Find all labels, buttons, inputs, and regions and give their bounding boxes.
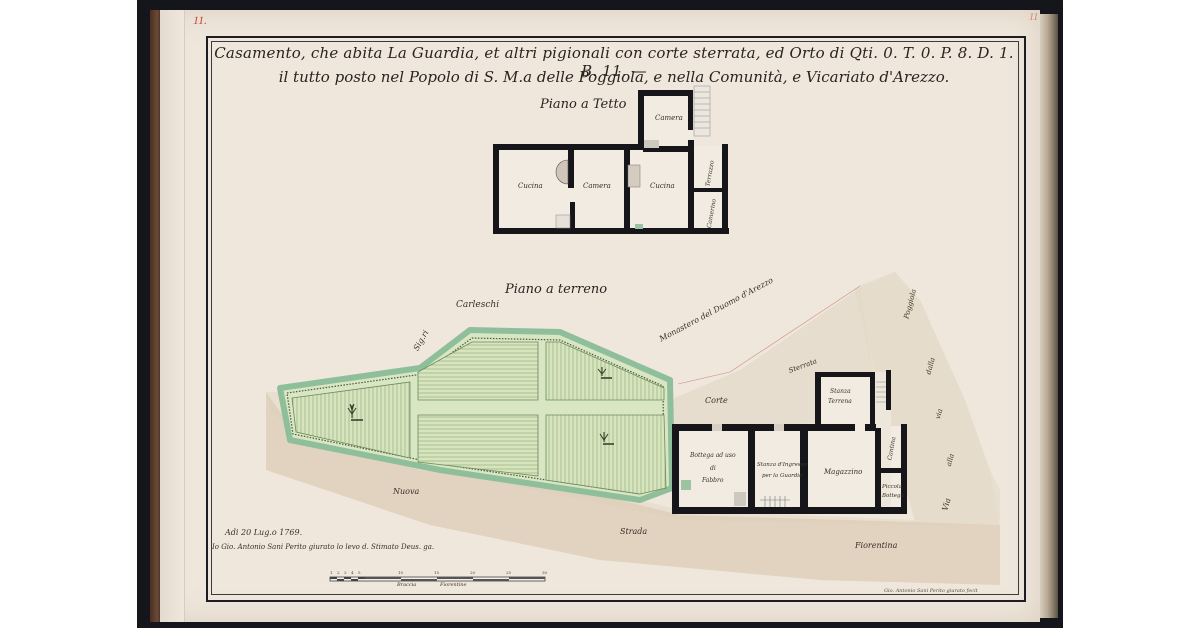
room-label: Camera [655,114,683,122]
scale-tick: 2 [337,570,340,575]
room-label: Fabbro [702,477,724,484]
room-label: Piccola [882,484,902,490]
room-label: Stanza [830,388,851,395]
scale-ticks: 1 2 3 4 5 10 15 20 25 30 [328,570,550,576]
signature-note: Io Gio. Antonio Sani Perito giurato lo l… [212,543,434,551]
room-label: Magazzino [824,468,862,476]
plan-drawing [0,0,1200,628]
fireplace-icon [628,165,640,187]
scale-tick: 1 [330,570,333,575]
scale-bar [330,577,545,581]
scale-unit-label: Braccia [397,582,416,588]
ground-plan-heading: Piano a terreno [505,282,607,297]
neighbor-label: Carleschi [456,300,499,310]
road-label: Strada [620,527,647,536]
scale-tick: 5 [358,570,361,575]
scale-tick: 15 [434,570,439,575]
room-label: Cucina [518,182,543,190]
scale-tick: 10 [398,570,403,575]
upper-plan-heading: Piano a Tetto [540,97,627,112]
room-label: Cucina [650,182,675,190]
garden-bed-north-center [418,342,538,400]
room-label: Camera [583,182,611,190]
garden-bed-south-east [546,415,666,494]
room-label: Terrena [828,398,852,405]
scale-tick: 3 [344,570,347,575]
surveyor-signature: Gio. Antonio Sani Perito giurato fecit [884,588,978,594]
room-label: Stanza d'Ingresso [757,462,807,468]
area-label: Corte [705,396,728,405]
scale-tick: 25 [506,570,511,575]
scale-tick: 30 [542,570,547,575]
road-label: Fiorentina [855,541,897,550]
scale-unit-label: Fiorentine [440,582,466,588]
room-label: per la Guardia [762,473,802,479]
stair-icon [556,215,570,228]
date-note: Adi 20 Lug.o 1769. [225,528,302,537]
room-label: Bottega ad uso [690,452,736,459]
stair-icon [694,86,710,136]
scale-tick: 4 [351,570,354,575]
scale-tick: 20 [470,570,475,575]
room-label: Bottega [882,493,904,499]
road-label: Nuova [393,487,419,496]
room-label: di [710,465,716,472]
